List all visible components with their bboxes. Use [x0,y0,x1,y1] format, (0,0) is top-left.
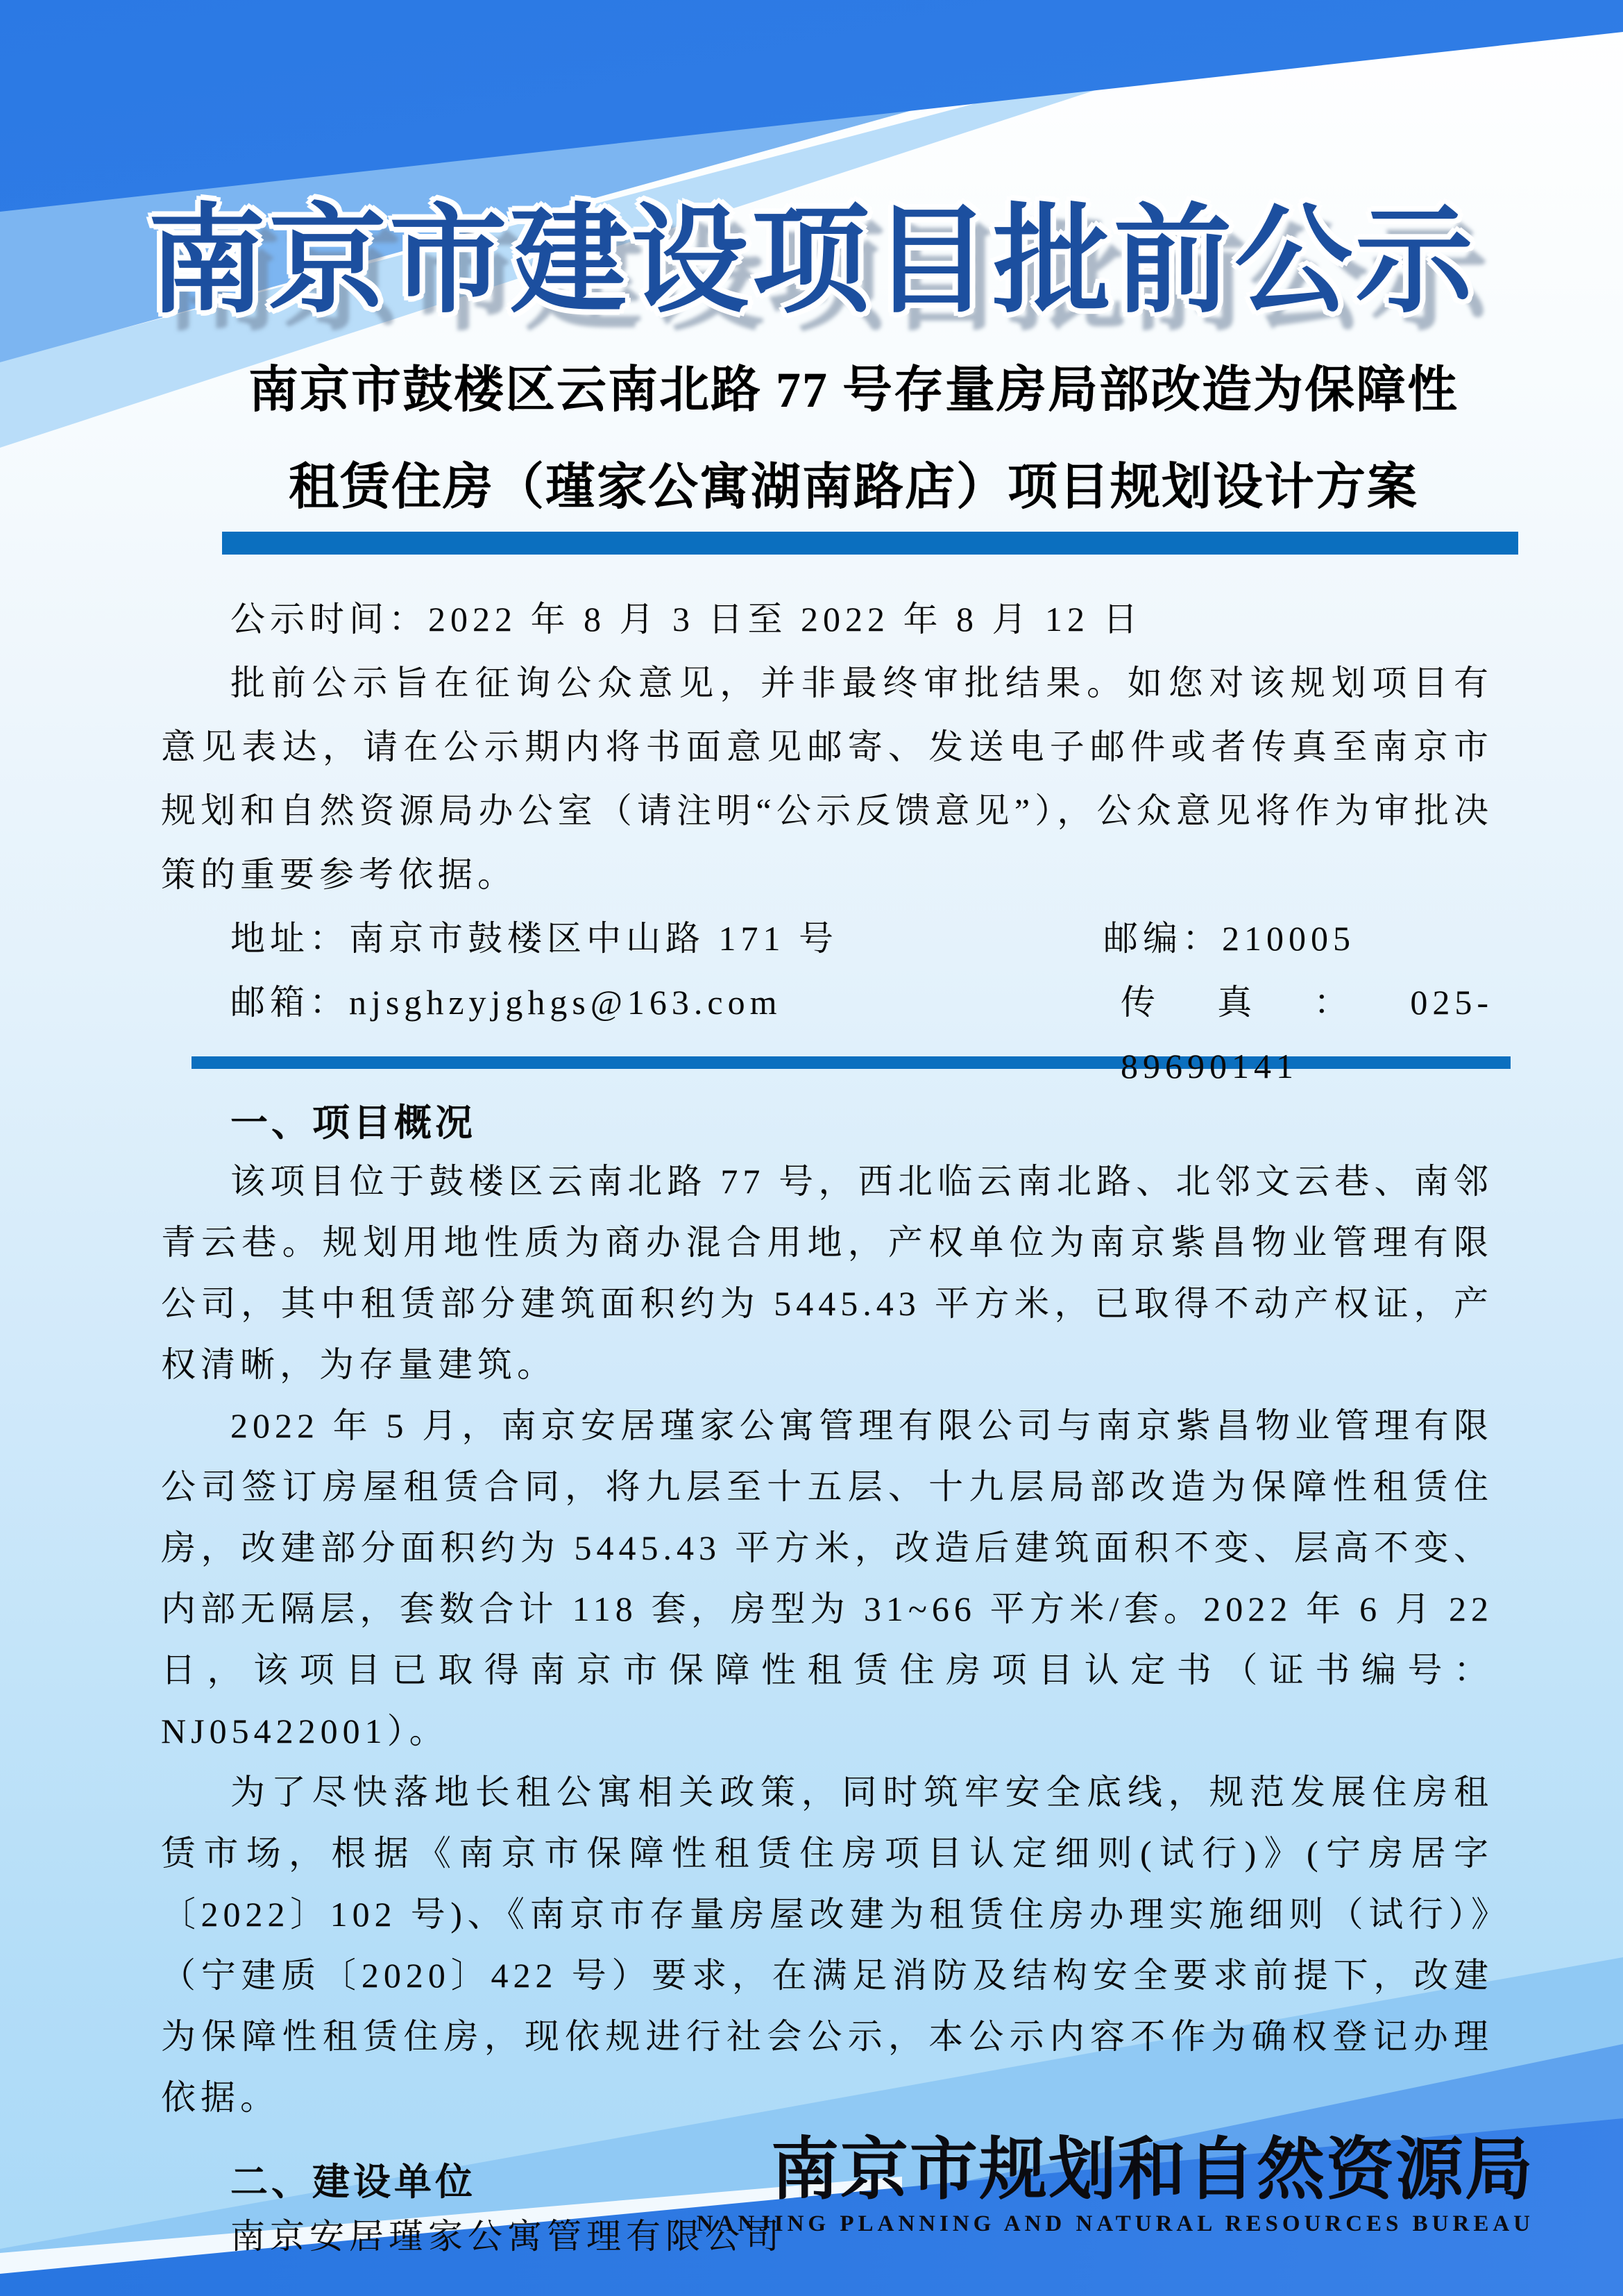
banner-title: 南京市建设项目批前公示 [83,165,1540,335]
section-1-paragraph: 该项目位于鼓楼区云南北路 77 号，西北临云南北路、北邻文云巷、南邻青云巷。规划… [161,1151,1493,1395]
notice-body: 公示时间：2022 年 8 月 3 日至 2022 年 8 月 12 日 批前公… [161,587,1493,2267]
project-title: 南京市鼓楼区云南北路 77 号存量房局部改造为保障性 租赁住房（瑾家公寓湖南路店… [173,341,1533,536]
project-title-line2: 租赁住房（瑾家公寓湖南路店）项目规划设计方案 [173,439,1533,536]
bureau-name-cn: 南京市规划和自然资源局 [697,2132,1534,2209]
section-1-paragraph: 2022 年 5 月，南京安居瑾家公寓管理有限公司与南京紫昌物业管理有限公司签订… [161,1395,1493,1762]
contact-row-2: 邮箱：njsghzyjghgs@163.com 传真：025-89690141 [161,970,1493,1034]
bureau-logo: 南京市规划和自然资源局 NANJING PLANNING AND NATURAL… [697,2132,1534,2237]
section-1-paragraph: 为了尽快落地长租公寓相关政策，同时筑牢安全底线，规范发展住房租赁市场，根据《南京… [161,1762,1493,2128]
section-1-heading: 一、项目概况 [161,1102,1493,1144]
notice-intro: 批前公示旨在征询公众意见，并非最终审批结果。如您对该规划项目有意见表达，请在公示… [161,651,1493,906]
publicity-period: 公示时间：2022 年 8 月 3 日至 2022 年 8 月 12 日 [161,587,1493,651]
notice-page: 南京市建设项目批前公示 南京市鼓楼区云南北路 77 号存量房局部改造为保障性 租… [0,0,1623,2296]
project-title-line1: 南京市鼓楼区云南北路 77 号存量房局部改造为保障性 [173,341,1533,439]
contact-row-1: 地址：南京市鼓楼区中山路 171 号 邮编：210005 [161,906,1493,970]
section-1-body: 该项目位于鼓楼区云南北路 77 号，西北临云南北路、北邻文云巷、南邻青云巷。规划… [161,1151,1493,2128]
contact-email: 邮箱：njsghzyjghgs@163.com [230,983,782,1022]
subtitle-underline-bar [222,532,1518,555]
bureau-name-en: NANJING PLANNING AND NATURAL RESOURCES B… [697,2211,1534,2237]
contact-address: 地址：南京市鼓楼区中山路 171 号 [230,919,838,958]
contact-postcode: 邮编：210005 [1103,906,1355,970]
contact-fax: 传真：025-89690141 [1121,970,1493,1098]
